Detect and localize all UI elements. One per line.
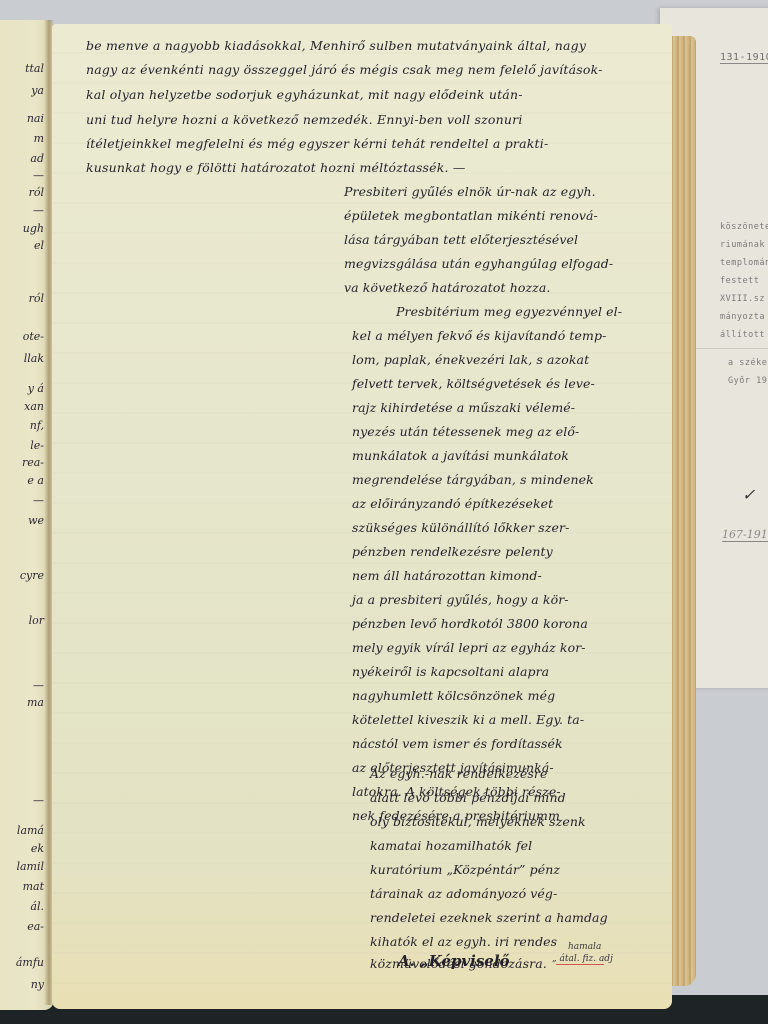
handwritten-line: Presbitérium meg egyezvénnyel el-: [396, 304, 622, 319]
handwritten-line: épületek megbontatlan mikénti renová-: [344, 208, 598, 223]
text-fragment: ugh: [23, 222, 44, 235]
handwritten-line: az előirányzandó építkezéseket: [352, 496, 553, 511]
handwritten-line: kamatai hozamilhatók fel: [370, 838, 532, 853]
text-fragment: —: [33, 169, 44, 182]
handwritten-line: va következő határozatot hozza.: [344, 280, 550, 295]
text-fragment: lor: [29, 614, 44, 627]
text-fragment: nf,: [30, 419, 44, 432]
handwritten-line: kal olyan helyzetbe sodorjuk egyházunkat…: [86, 87, 523, 102]
text-fragment: llak: [24, 352, 44, 365]
handwritten-line: rendeletei ezeknek szerint a hamdag: [370, 910, 608, 925]
handwritten-line: munkálatok a javítási munkálatok: [352, 448, 569, 463]
handwritten-line: ja a presbiteri gyűlés, hogy a kör-: [352, 592, 569, 607]
handwritten-line: megrendelése tárgyában, s mindenek: [352, 472, 594, 487]
text-fragment: e a: [27, 474, 44, 487]
handwritten-line: nem áll határozottan kimond-: [352, 568, 542, 583]
signature-note-above: hamala: [568, 942, 601, 952]
manuscript-page: be menve a nagyobb kiadásokkal, Menhirő …: [52, 24, 672, 1009]
typed-line: XVIII.sz: [720, 290, 768, 308]
handwritten-line: rajz kihirdetése a műszaki vélemé-: [352, 400, 575, 415]
handwritten-line: lom, paplak, énekvezéri lak, s azokat: [352, 352, 589, 367]
text-fragment: ttal: [25, 62, 44, 75]
text-fragment: —: [33, 794, 44, 807]
handwritten-line: ítéletjeinkkel megfelelni és még egyszer…: [86, 136, 548, 151]
signature-text: A. „Képviselő: [398, 952, 510, 970]
handwritten-line: oly biztosítékul, melyeknek szenk: [370, 814, 586, 829]
text-fragment: cyre: [20, 569, 44, 582]
handwritten-line: nyezés után tétessenek meg az elő-: [352, 424, 579, 439]
text-fragment: xan: [24, 400, 44, 413]
text-fragment: ad: [30, 152, 44, 165]
handwritten-line: alatt lévő többi pénzdíjai mind: [370, 790, 566, 805]
text-fragment: y á: [28, 382, 44, 395]
text-fragment: ote-: [23, 330, 44, 343]
text-fragment: rea-: [22, 456, 44, 469]
typed-line: Győr 19: [728, 372, 768, 390]
text-fragment: le-: [30, 439, 44, 452]
text-fragment: ról: [29, 186, 44, 199]
text-fragment: ma: [27, 696, 44, 709]
text-fragment: m: [34, 132, 44, 145]
red-underline: [556, 964, 604, 965]
handwritten-line: tárainak az adományozó vég-: [370, 886, 557, 901]
handwritten-line: kuratórium „Közpéntár” pénz: [370, 862, 560, 877]
handwritten-line: nagyhumlett kölcsönzönek még: [352, 688, 555, 703]
typed-line: a székel: [728, 354, 768, 372]
typed-text-block-2: a székel Győr 19: [728, 354, 768, 390]
handwritten-line: szükséges különállító lőkker szer-: [352, 520, 569, 535]
handwritten-line: kusunkat hogy e fölötti határozatot hozn…: [86, 160, 466, 175]
text-fragment: —: [33, 679, 44, 692]
handwritten-reference: 167-191: [722, 528, 768, 542]
handwritten-line: nyékeiről is kapcsoltani alapra: [352, 664, 549, 679]
handwritten-line: pénzben rendelkezésre pelenty: [352, 544, 553, 559]
text-fragment: ál.: [30, 900, 44, 913]
signature-note-after: „ átal. fiz. adj: [552, 954, 613, 964]
text-fragment: nai: [27, 112, 44, 125]
handwritten-line: Presbiteri gyűlés elnök úr-nak az egyh.: [344, 184, 596, 199]
text-fragment: ról: [29, 292, 44, 305]
typed-line: mányozta: [720, 308, 768, 326]
text-fragment: ny: [31, 978, 44, 991]
check-mark-icon: ✓: [742, 485, 755, 504]
handwritten-line: felvett tervek, költségvetések és leve-: [352, 376, 595, 391]
text-fragment: mat: [23, 880, 44, 893]
handwritten-line: Az egyh.-nak rendelkezésre: [370, 766, 548, 781]
handwritten-line: nácstól vem ismer és fordítassék: [352, 736, 563, 751]
typed-reference-number: 131-1910.sz: [720, 52, 768, 64]
typed-line: riumának: [720, 236, 768, 254]
text-fragment: ámfu: [16, 956, 44, 969]
typed-line: állított: [720, 326, 768, 344]
handwritten-line: nagy az évenkénti nagy összeggel járó és…: [86, 62, 603, 77]
text-fragment: el: [34, 239, 44, 252]
handwritten-line: be menve a nagyobb kiadásokkal, Menhirő …: [86, 38, 586, 53]
handwritten-line: kötelettel kiveszik ki a mell. Egy. ta-: [352, 712, 584, 727]
typed-line: templomán: [720, 254, 768, 272]
typed-text-block: köszönete riumának templomán festett XVI…: [720, 218, 768, 344]
typed-line: köszönete: [720, 218, 768, 236]
handwritten-line: mely egyik vírál lepri az egyház kor-: [352, 640, 586, 655]
handwritten-line: megvizsgálása után egyhangúlag elfogad-: [344, 256, 613, 271]
handwritten-line: lása tárgyában tett előterjesztésével: [344, 232, 578, 247]
text-fragment: ek: [31, 842, 44, 855]
typed-line: festett: [720, 272, 768, 290]
handwritten-line: uni tud helyre hozni a következő nemzedé…: [86, 112, 523, 127]
text-fragment: we: [28, 514, 44, 527]
handwritten-line: kihatók el az egyh. iri rendes: [370, 934, 557, 949]
text-fragment: ea-: [27, 920, 44, 933]
text-fragment: ya: [31, 84, 44, 97]
text-fragment: —: [33, 494, 44, 507]
text-fragment: lamil: [16, 860, 44, 873]
text-fragment: —: [33, 204, 44, 217]
handwritten-line: kel a mélyen fekvő és kijavítandó temp-: [352, 328, 606, 343]
text-fragment: lamá: [17, 824, 44, 837]
handwritten-line: pénzben levő hordkotól 3800 korona: [352, 616, 588, 631]
